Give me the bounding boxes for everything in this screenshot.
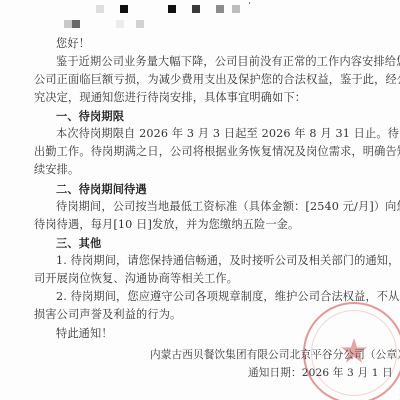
section-2-line-2: 待岗待遇，每月[10 日]发放，并为您缴纳五险一金。	[34, 218, 299, 232]
redaction-trailing-mark: ’	[248, 0, 251, 14]
redaction-block	[116, 20, 124, 28]
section-3-title: 三、其他	[56, 236, 101, 250]
section-1-title: 一、待岗期限	[56, 109, 124, 123]
section-1-line-3: 续安排。	[34, 163, 79, 177]
section-3-line-4: 损害公司声誉及利益的行为。	[34, 308, 181, 322]
redaction-block	[232, 5, 240, 13]
closing-text: 特此通知！	[56, 327, 113, 341]
greeting: 您好！	[56, 37, 90, 51]
section-2-line-1: 待岗期间，公司按当地最低工资标准（具体金额：[2540 元/月]）向您发放	[56, 200, 400, 214]
intro-line-1: 鉴于近期公司业务量大幅下降，公司目前没有正常的工作内容安排给您，且	[56, 55, 400, 69]
signature-date: 通知日期：2026 年 3 月 1 日	[248, 366, 393, 380]
section-3-line-3: 2. 待岗期间，您应遵守公司各项规章制度，维护公司合法权益，不从事任何	[56, 290, 400, 304]
redaction-block	[120, 5, 128, 13]
redaction-block	[136, 20, 144, 28]
section-3-line-1: 1. 待岗期间，请您保持通信畅通，及时接听公司及相关部门的通知，配合公	[56, 254, 400, 268]
redaction-block	[168, 5, 176, 13]
section-3-line-2: 司开展岗位恢复、沟通协商等相关工作。	[34, 272, 238, 286]
redaction-block	[64, 20, 72, 28]
redaction-block	[72, 20, 80, 28]
section-1-line-2: 出勤工作。待岗期满之日，公司将根据业务恢复情况及岗位需求，明确告知您后	[34, 145, 400, 159]
signature-company: 内蒙古西贝餐饮集团有限公司北京平谷分公司（公章）	[150, 348, 400, 362]
notice-document: ’ 您好！ 鉴于近期公司业务量大幅下降，公司目前没有正常的工作内容安排给您，且 …	[0, 0, 400, 400]
section-1-line-1: 本次待岗期限自 2026 年 3 月 3 日起至 2026 年 8 月 31 日…	[56, 127, 400, 141]
redaction-block	[96, 5, 104, 13]
redaction-block	[192, 5, 200, 13]
redaction-block	[216, 5, 224, 13]
intro-line-2: 公司正面临巨额亏损，为减少费用支出及保护您的合法权益，鉴于此，经公司研	[34, 73, 400, 87]
intro-line-3: 究决定，现通知您进行待岗安排，具体事宜明确如下：	[34, 91, 306, 105]
section-2-title: 二、待岗期间待遇	[56, 182, 147, 196]
